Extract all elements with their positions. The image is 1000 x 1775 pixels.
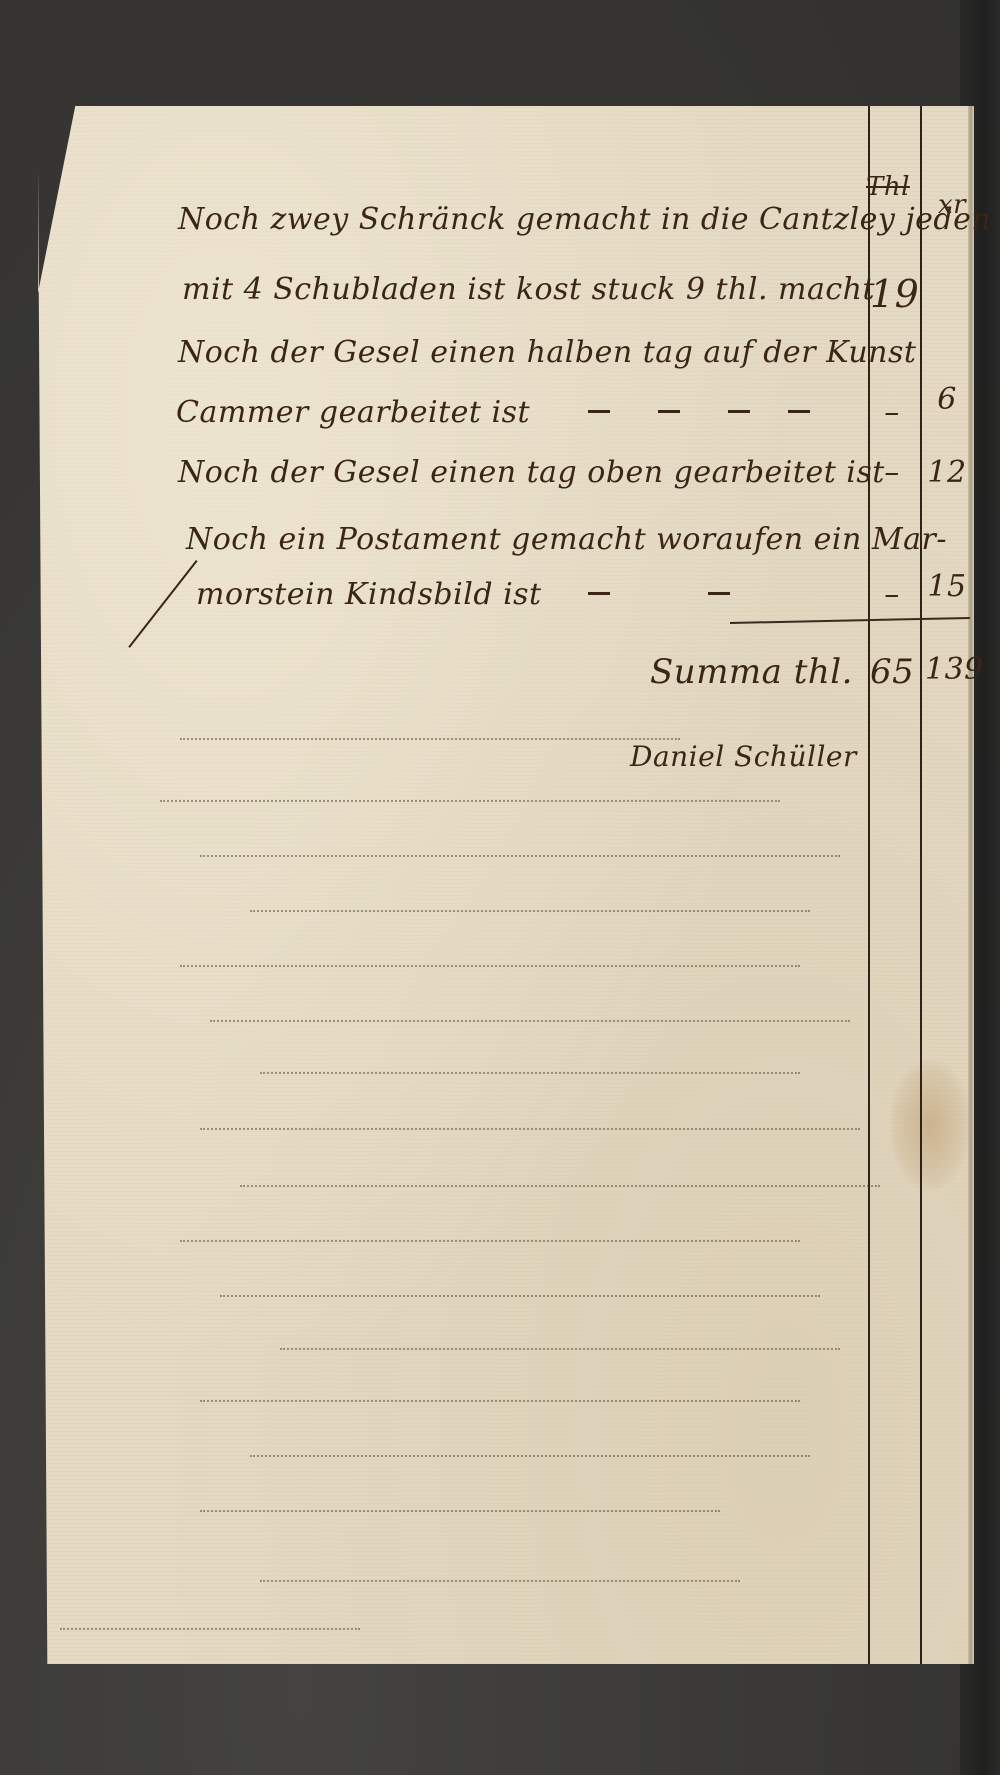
- total-thaler: 65: [870, 655, 914, 689]
- bleed-through-line: [280, 1348, 840, 1353]
- entry-3-line-1: Noch der Gesel einen tag oben gearbeitet…: [178, 458, 885, 488]
- entry-2-line-1: Noch der Gesel einen halben tag auf der …: [178, 338, 916, 368]
- bleed-through-line: [260, 1072, 800, 1077]
- filler-dash: [588, 410, 610, 413]
- filler-dash: [658, 410, 680, 413]
- header-thaler: Thl: [866, 172, 910, 202]
- filler-dash: [788, 410, 810, 413]
- entry-2-line-2: Cammer gearbeitet ist: [176, 398, 530, 428]
- bleed-through-line: [240, 1185, 880, 1190]
- bleed-through-line: [160, 800, 780, 805]
- signature: Daniel Schüller: [630, 743, 857, 771]
- bleed-through-line: [180, 1240, 800, 1245]
- bleed-through-line: [250, 910, 810, 915]
- bleed-through-line: [250, 1455, 810, 1460]
- bleed-through-line: [200, 855, 840, 860]
- entry-2-thaler: –: [870, 398, 914, 428]
- filler-dash: [728, 410, 750, 413]
- bleed-through-line: [220, 1295, 820, 1300]
- total-label: Summa thl.: [650, 655, 853, 689]
- entry-1-line-2: mit 4 Schubladen ist kost stuck 9 thl. m…: [182, 275, 875, 305]
- total-kreuzer: 139: [925, 655, 969, 685]
- bleed-through-line: [200, 1128, 860, 1133]
- bleed-through-line: [60, 1628, 360, 1633]
- entry-2-kreuzer: 6: [925, 385, 969, 415]
- entry-3-thaler: –: [870, 458, 914, 488]
- bleed-through-line: [180, 965, 800, 970]
- entry-3-kreuzer: 12: [925, 458, 969, 488]
- entry-4-line-2: morstein Kindsbild ist: [196, 580, 542, 610]
- entry-4-line-1: Noch ein Postament gemacht woraufen ein …: [186, 525, 947, 555]
- filler-dash: [708, 592, 730, 595]
- bleed-through-line: [180, 738, 680, 743]
- column-rule-kreuzer: [920, 106, 922, 1664]
- water-stain: [890, 1060, 970, 1190]
- entry-4-kreuzer: 15: [925, 572, 969, 602]
- filler-dash: [588, 592, 610, 595]
- entry-1-thaler: 19: [870, 275, 914, 313]
- bleed-through-line: [210, 1020, 850, 1025]
- entry-1-line-1: Noch zwey Schränck gemacht in die Cantzl…: [178, 205, 991, 235]
- page-fold: [968, 106, 974, 1664]
- bleed-through-line: [200, 1510, 720, 1515]
- entry-4-thaler: –: [870, 580, 914, 610]
- bleed-through-line: [200, 1400, 800, 1405]
- bleed-through-line: [260, 1580, 740, 1585]
